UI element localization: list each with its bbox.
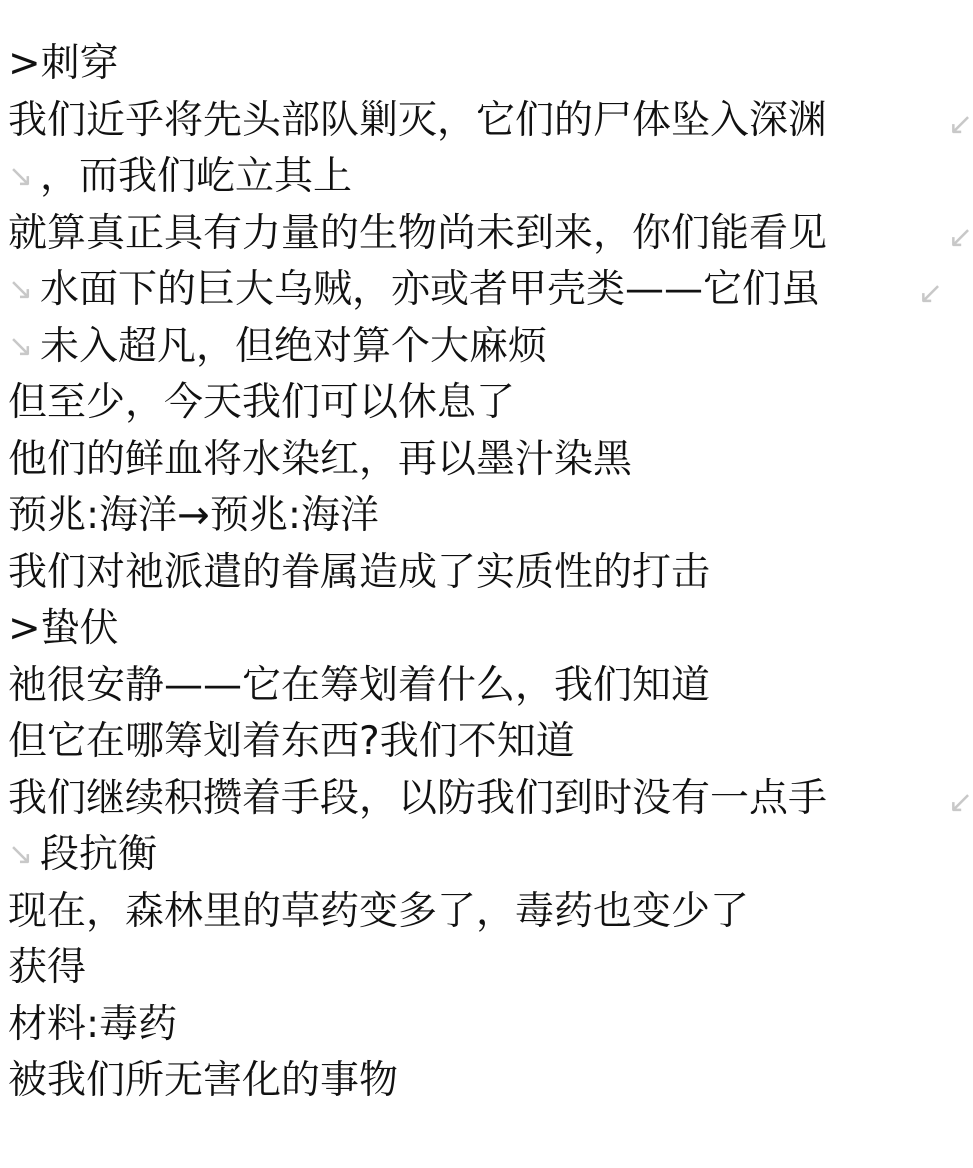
line-text: >刺穿 xyxy=(8,41,119,86)
line-text: 段抗衡 xyxy=(40,832,157,877)
line-text: 材料:毒药 xyxy=(8,1002,177,1047)
wrap-end-arrow-icon: ↙ xyxy=(948,210,973,267)
line-text: 就算真正具有力量的生物尚未到来，你们能看见 xyxy=(8,211,827,256)
text-line: 我们近乎将先头部队剿灭，它们的尸体坠入深渊↙ xyxy=(8,93,968,150)
line-text: 获得 xyxy=(8,945,86,990)
line-text: 但它在哪筹划着东西?我们不知道 xyxy=(8,719,575,764)
text-line: 就算真正具有力量的生物尚未到来，你们能看见↙ xyxy=(8,206,968,263)
text-line: 预兆:海洋→预兆:海洋 xyxy=(8,488,968,545)
text-line-continuation: ↘段抗衡 xyxy=(8,827,968,884)
wrap-start-arrow-icon: ↘ xyxy=(8,319,40,376)
line-text: 我们继续积攒着手段，以防我们到时没有一点手 xyxy=(8,776,827,821)
line-text: 我们近乎将先头部队剿灭，它们的尸体坠入深渊 xyxy=(8,98,827,143)
text-line: 他们的鲜血将水染红，再以墨汁染黑 xyxy=(8,432,968,489)
line-text: 他们的鲜血将水染红，再以墨汁染黑 xyxy=(8,437,632,482)
text-line: 被我们所无害化的事物 xyxy=(8,1053,968,1110)
text-line-continuation: ↘，而我们屹立其上 xyxy=(8,149,968,206)
text-line: 我们对祂派遣的眷属造成了实质性的打击 xyxy=(8,545,968,602)
line-text: 预兆:海洋→预兆:海洋 xyxy=(8,493,379,538)
text-line-continuation: ↘未入超凡，但绝对算个大麻烦 xyxy=(8,319,968,376)
document-body: >刺穿 我们近乎将先头部队剿灭，它们的尸体坠入深渊↙ ↘，而我们屹立其上 就算真… xyxy=(8,36,968,1110)
line-text: ，而我们屹立其上 xyxy=(40,154,352,199)
wrap-start-arrow-icon: ↘ xyxy=(8,262,40,319)
line-text: 现在，森林里的草药变多了，毒药也变少了 xyxy=(8,889,749,934)
line-text: 未入超凡，但绝对算个大麻烦 xyxy=(40,324,547,369)
line-text: >蛰伏 xyxy=(8,606,119,651)
section-heading-dormant: >蛰伏 xyxy=(8,601,968,658)
wrap-end-arrow-icon: ↙ xyxy=(948,97,973,154)
wrap-start-arrow-icon: ↘ xyxy=(8,149,40,206)
wrap-end-arrow-icon: ↙ xyxy=(918,266,943,323)
line-text: 我们对祂派遣的眷属造成了实质性的打击 xyxy=(8,550,710,595)
section-heading-pierce: >刺穿 xyxy=(8,36,968,93)
text-line-continuation: ↘水面下的巨大乌贼，亦或者甲壳类——它们虽↙ xyxy=(8,262,968,319)
line-text: 被我们所无害化的事物 xyxy=(8,1058,398,1103)
text-line: 我们继续积攒着手段，以防我们到时没有一点手↙ xyxy=(8,771,968,828)
text-line: 祂很安静——它在筹划着什么，我们知道 xyxy=(8,658,968,715)
wrap-start-arrow-icon: ↘ xyxy=(8,827,40,884)
wrap-end-arrow-icon: ↙ xyxy=(948,775,973,832)
text-line: 材料:毒药 xyxy=(8,997,968,1054)
line-text: 水面下的巨大乌贼，亦或者甲壳类——它们虽 xyxy=(40,267,820,312)
line-text: 但至少，今天我们可以休息了 xyxy=(8,380,515,425)
text-line: 现在，森林里的草药变多了，毒药也变少了 xyxy=(8,884,968,941)
text-line: 获得 xyxy=(8,940,968,997)
text-line: 但它在哪筹划着东西?我们不知道 xyxy=(8,714,968,771)
line-text: 祂很安静——它在筹划着什么，我们知道 xyxy=(8,663,710,708)
text-line: 但至少，今天我们可以休息了 xyxy=(8,375,968,432)
